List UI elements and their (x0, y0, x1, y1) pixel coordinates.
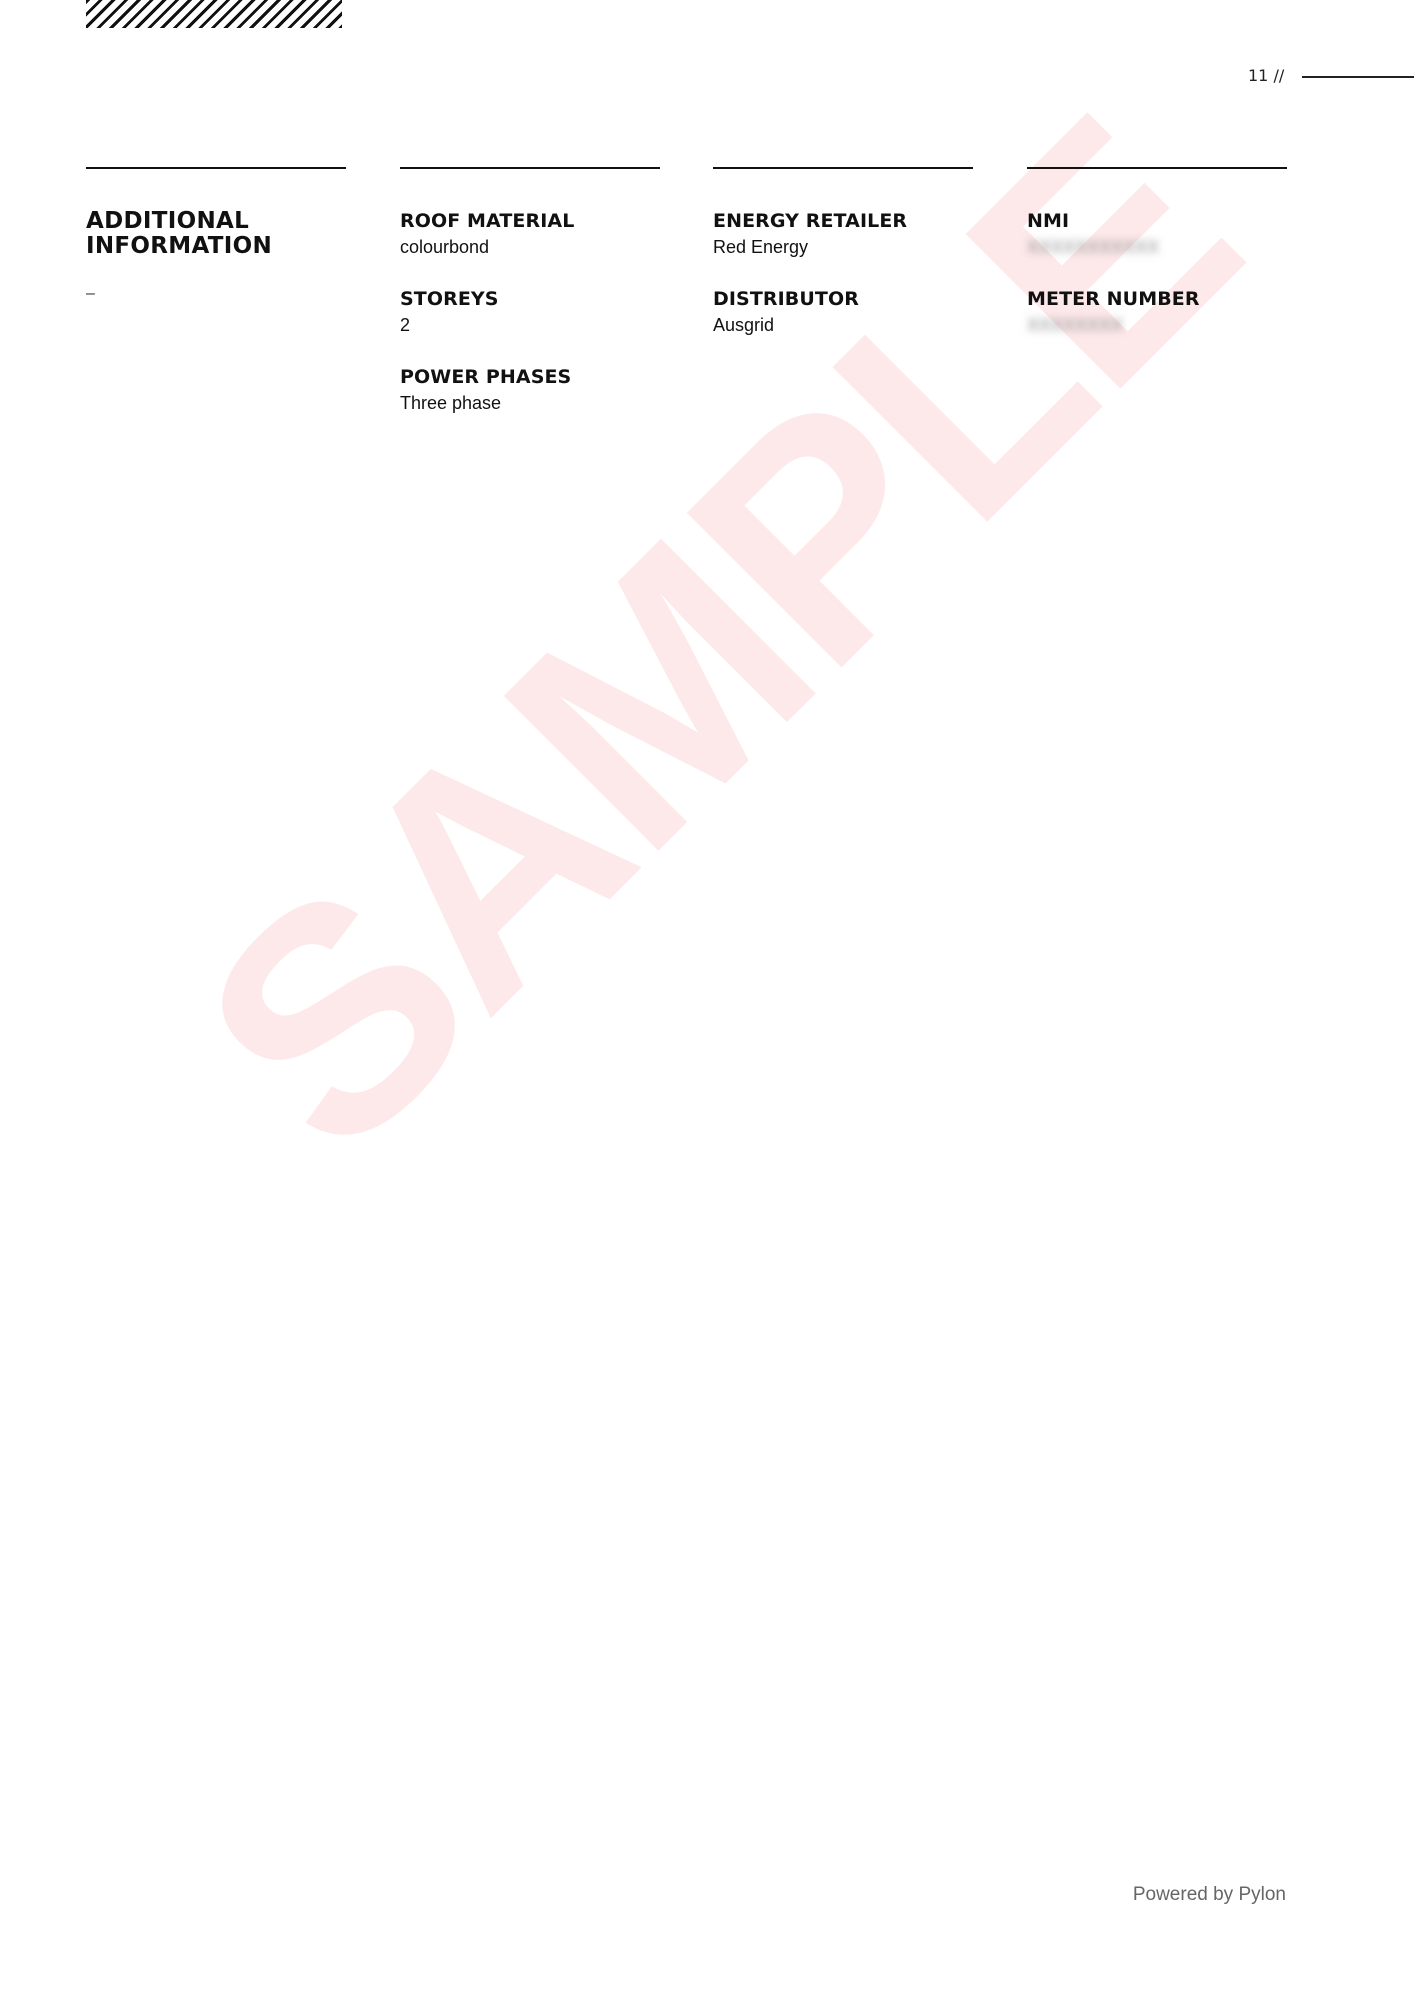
field-value: Three phase (400, 391, 660, 415)
field-label: NMI (1027, 210, 1287, 232)
page-number: 11 // (1248, 66, 1284, 85)
column-divider (400, 167, 660, 169)
field-value: Red Energy (713, 235, 973, 259)
field-label: DISTRIBUTOR (713, 288, 973, 310)
section-column: ADDITIONAL INFORMATION – (86, 167, 346, 303)
field-value-redacted: XXXXXXXXXXX (1027, 235, 1287, 259)
field-value: colourbond (400, 235, 660, 259)
field-power-phases: POWER PHASES Three phase (400, 366, 660, 415)
section-description: – (86, 285, 346, 303)
field-value: 2 (400, 313, 660, 337)
field-nmi: NMI XXXXXXXXXXX (1027, 210, 1287, 259)
field-value: Ausgrid (713, 313, 973, 337)
powered-by-footer: Powered by Pylon (1133, 1884, 1286, 1906)
field-label: STOREYS (400, 288, 660, 310)
section-title: ADDITIONAL INFORMATION (86, 209, 286, 259)
field-energy-retailer: ENERGY RETAILER Red Energy (713, 210, 973, 259)
meter-column: NMI XXXXXXXXXXX METER NUMBER XXXXXXXX (1027, 167, 1287, 337)
column-divider (1027, 167, 1287, 169)
field-distributor: DISTRIBUTOR Ausgrid (713, 288, 973, 337)
field-label: POWER PHASES (400, 366, 660, 388)
field-label: ROOF MATERIAL (400, 210, 660, 232)
field-meter-number: METER NUMBER XXXXXXXX (1027, 288, 1287, 337)
hatch-decoration (86, 0, 342, 28)
page-number-rule (1302, 76, 1414, 78)
column-divider (86, 167, 346, 169)
field-label: METER NUMBER (1027, 288, 1287, 310)
field-label: ENERGY RETAILER (713, 210, 973, 232)
energy-column: ENERGY RETAILER Red Energy DISTRIBUTOR A… (713, 167, 973, 337)
field-storeys: STOREYS 2 (400, 288, 660, 337)
property-column: ROOF MATERIAL colourbond STOREYS 2 POWER… (400, 167, 660, 415)
field-roof-material: ROOF MATERIAL colourbond (400, 210, 660, 259)
column-divider (713, 167, 973, 169)
field-value-redacted: XXXXXXXX (1027, 313, 1287, 337)
